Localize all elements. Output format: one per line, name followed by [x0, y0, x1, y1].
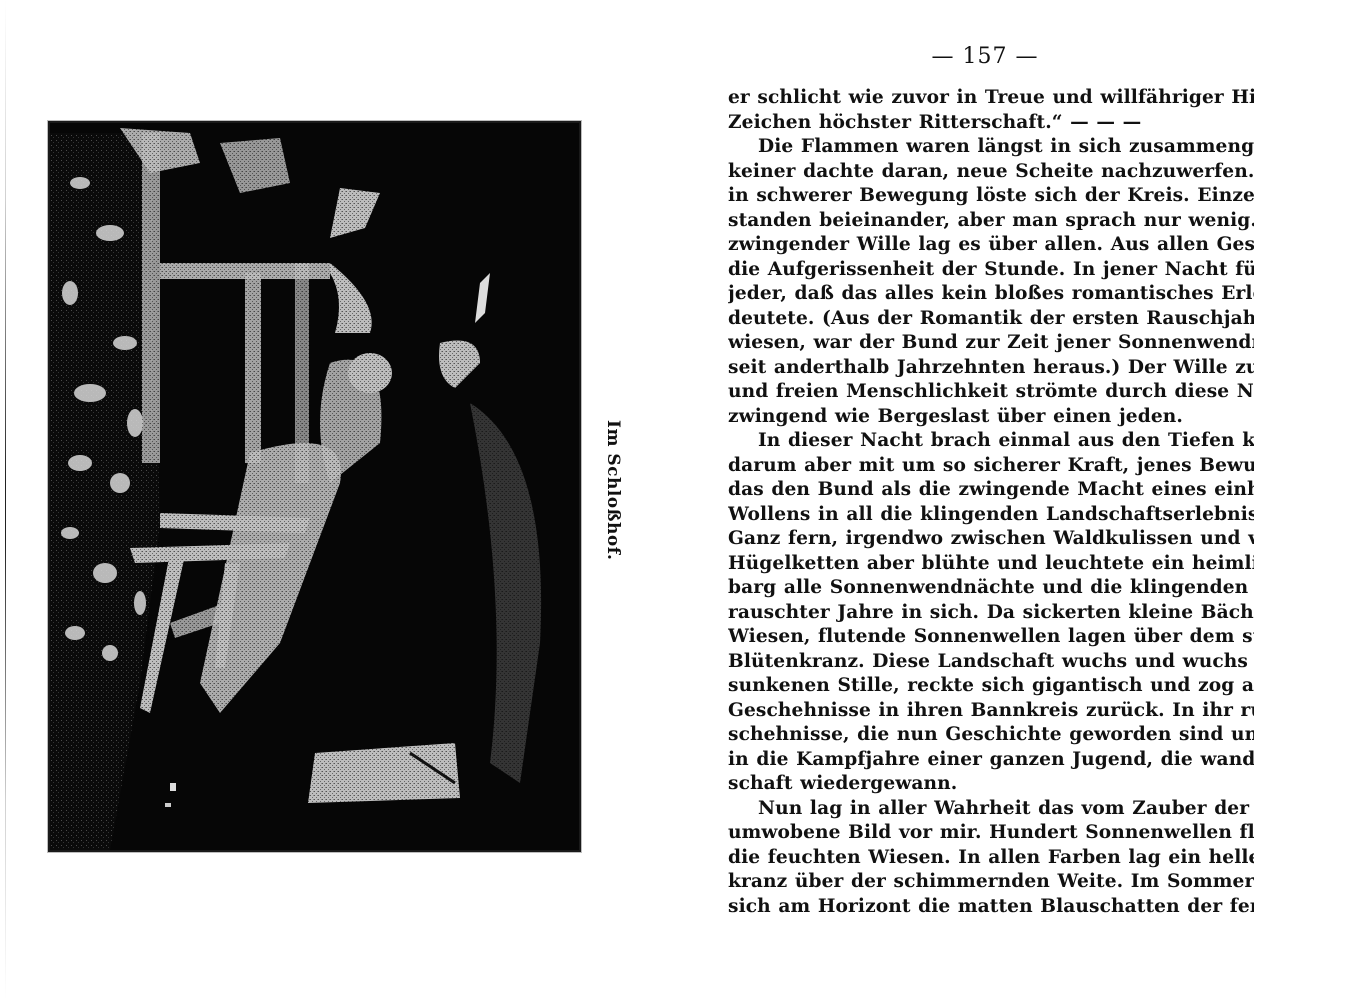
text-line: Ganz fern, irgendwo zwischen Waldkulisse…: [728, 527, 1254, 552]
text-line: barg alle Sonnenwendnächte und die kling…: [728, 576, 1254, 601]
body-text: er schlicht wie zuvor in Treue und willf…: [728, 86, 1254, 919]
text-line: Geschehnisse in ihren Bannkreis zurück. …: [728, 699, 1254, 724]
text-line: standen beieinander, aber man sprach nur…: [728, 209, 1254, 234]
text-line: rauschter Jahre in sich. Da sickerten kl…: [728, 601, 1254, 626]
text-line: in die Kampfjahre einer ganzen Jugend, d…: [728, 748, 1254, 773]
page-number: — 157 —: [930, 44, 1040, 69]
text-line: die feuchten Wiesen. In allen Farben lag…: [728, 846, 1254, 871]
text-line: umwobene Bild vor mir. Hundert Sonnenwel…: [728, 821, 1254, 846]
text-line: das den Bund als die zwingende Macht ein…: [728, 478, 1254, 503]
text-line: wiesen, war der Bund zur Zeit jener Sonn…: [728, 331, 1254, 356]
text-line: Hügelketten aber blühte und leuchtete ei…: [728, 552, 1254, 577]
photo-caption: Im Schloßhof.: [600, 420, 626, 550]
text-line: seit anderthalb Jahrzehnten heraus.) Der…: [728, 356, 1254, 381]
text-line: Zeichen höchster Ritterschaft.“ — — —: [728, 111, 1254, 136]
text-line: zwingender Wille lag es über allen. Aus …: [728, 233, 1254, 258]
text-line: zwingend wie Bergeslast über einen jeden…: [728, 405, 1254, 430]
text-line: darum aber mit um so sicherer Kraft, jen…: [728, 454, 1254, 479]
text-line: die Aufgerissenheit der Stunde. In jener…: [728, 258, 1254, 283]
text-line: er schlicht wie zuvor in Treue und willf…: [728, 86, 1254, 111]
text-line: Wiesen, flutende Sonnenwellen lagen über…: [728, 625, 1254, 650]
photo-halftone-image: [50, 123, 579, 850]
text-line: schaft wiedergewann.: [728, 772, 1254, 797]
text-line: In dieser Nacht brach einmal aus den Tie…: [728, 429, 1254, 454]
text-line: sich am Horizont die matten Blauschatten…: [728, 895, 1254, 920]
text-line: deutete. (Aus der Romantik der ersten Ra…: [728, 307, 1254, 332]
photograph-plate: [48, 121, 581, 852]
text-line: und freien Menschlichkeit strömte durch …: [728, 380, 1254, 405]
text-line: keiner dachte daran, neue Scheite nachzu…: [728, 160, 1254, 185]
text-line: jeder, daß das alles kein bloßes romanti…: [728, 282, 1254, 307]
text-line: Blütenkranz. Diese Landschaft wuchs und …: [728, 650, 1254, 675]
book-spread: Im Schloßhof. — 157 — er schlicht wie zu…: [0, 0, 1368, 1000]
text-line: Wollens in all die klingenden Landschaft…: [728, 503, 1254, 528]
page-edge-line: [5, 0, 6, 1000]
text-line: Die Flammen waren längst in sich zusamme…: [728, 135, 1254, 160]
text-line: schehnisse, die nun Geschichte geworden …: [728, 723, 1254, 748]
text-line: in schwerer Bewegung löste sich der Krei…: [728, 184, 1254, 209]
text-line: sunkenen Stille, reckte sich gigantisch …: [728, 674, 1254, 699]
text-line: Nun lag in aller Wahrheit das vom Zauber…: [728, 797, 1254, 822]
text-line: kranz über der schimmernden Weite. Im So…: [728, 870, 1254, 895]
photo-caption-container: Im Schloßhof.: [600, 420, 626, 550]
